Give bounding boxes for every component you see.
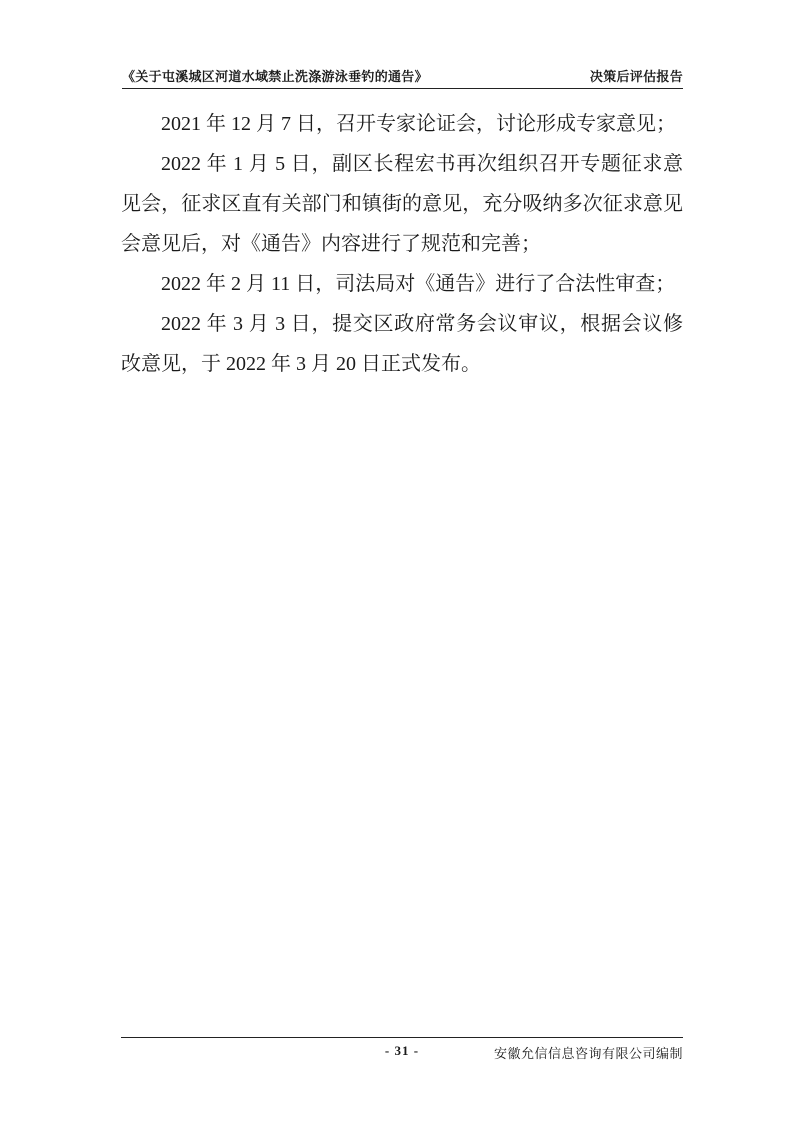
footer-company-credit: 安徽允信信息咨询有限公司编制: [494, 1043, 683, 1062]
document-page: 《关于屯溪城区河道水域禁止洗涤游泳垂钓的通告》 决策后评估报告 2021 年 1…: [0, 0, 793, 1122]
paragraph-expert-meeting: 2021 年 12 月 7 日，召开专家论证会，讨论形成专家意见；: [121, 104, 683, 144]
paragraph-legality-review: 2022 年 2 月 11 日，司法局对《通告》进行了合法性审查；: [121, 264, 683, 304]
paragraph-official-release: 2022 年 3 月 3 日，提交区政府常务会议审议，根据会议修改意见，于 20…: [121, 304, 683, 384]
page-header: 《关于屯溪城区河道水域禁止洗涤游泳垂钓的通告》 决策后评估报告: [122, 66, 683, 89]
page-footer: - 31 - 安徽允信信息咨询有限公司编制: [121, 1037, 683, 1067]
page-number: - 31 -: [385, 1043, 419, 1059]
header-report-type: 决策后评估报告: [590, 66, 683, 85]
paragraph-opinion-meeting: 2022 年 1 月 5 日，副区长程宏书再次组织召开专题征求意见会，征求区直有…: [121, 144, 683, 264]
header-document-title: 《关于屯溪城区河道水域禁止洗涤游泳垂钓的通告》: [122, 66, 428, 85]
document-body: 2021 年 12 月 7 日，召开专家论证会，讨论形成专家意见； 2022 年…: [121, 104, 683, 384]
